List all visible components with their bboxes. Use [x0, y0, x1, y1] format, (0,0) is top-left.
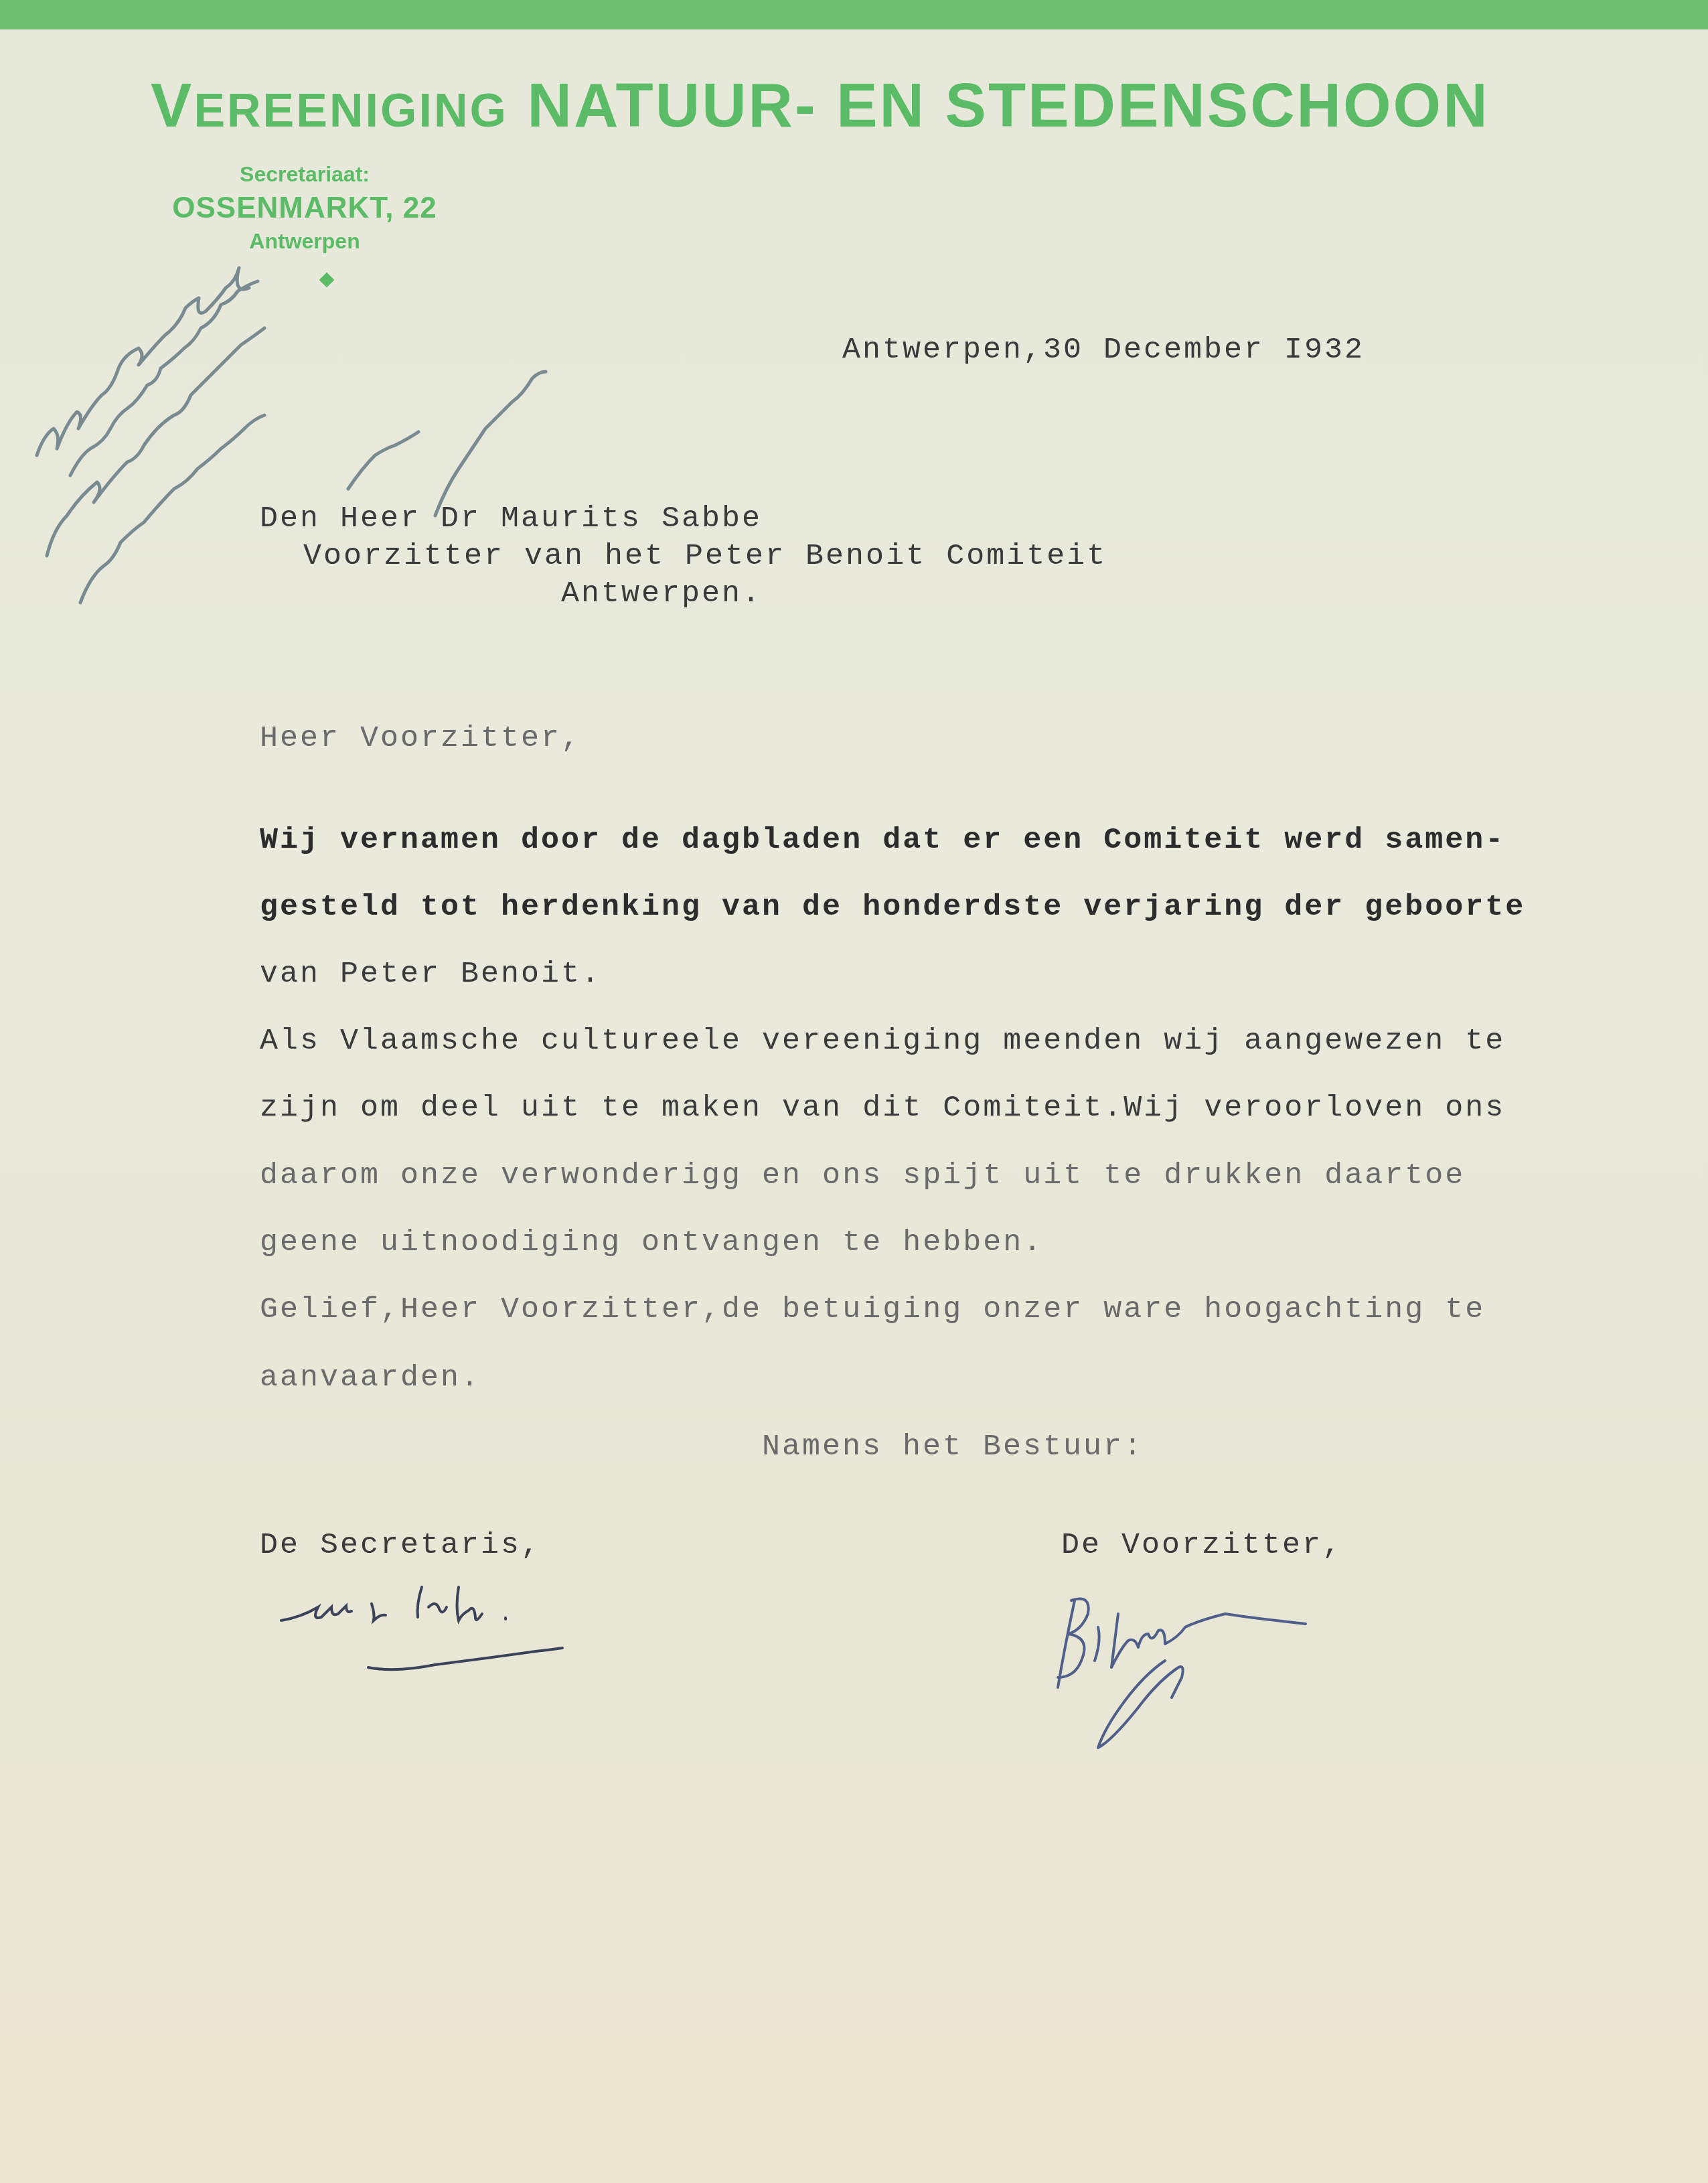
body-line: Als Vlaamsche cultureele vereeniging mee…: [260, 1026, 1505, 1056]
secretary-title: De Secretaris,: [260, 1530, 541, 1560]
recipient-name: Den Heer Dr Maurits Sabbe: [260, 504, 762, 534]
secretariat-street: OSSENMARKT, 22: [157, 189, 452, 228]
salutation: Heer Voorzitter,: [260, 723, 581, 753]
date-line: Antwerpen,30 December I932: [842, 335, 1365, 365]
body-line: geene uitnoodiging ontvangen te hebben.: [260, 1227, 1043, 1258]
title-initial: V: [151, 72, 193, 140]
letterhead-green-bar: [0, 0, 1708, 29]
chairman-signature: [1044, 1587, 1419, 1761]
secretary-signature: [275, 1560, 703, 1674]
chairman-title: De Voorzitter,: [1061, 1530, 1342, 1560]
recipient-title: Voorzitter van het Peter Benoit Comiteit: [303, 541, 1107, 571]
secretariat-label: Secretariaat:: [157, 159, 452, 189]
letterhead-title: VEREENIGING NATUUR- EN STEDENSCHOON: [151, 75, 1570, 137]
handwritten-annotation: [20, 254, 569, 629]
secretariat-city: Antwerpen: [157, 228, 452, 254]
body-line: Wij vernamen door de dagbladen dat er ee…: [260, 825, 1505, 855]
title-main: NATUUR- EN STEDENSCHOON: [527, 72, 1489, 140]
closing-line: Namens het Bestuur:: [762, 1432, 1144, 1462]
body-line: daarom onze verwonderigg en ons spijt ui…: [260, 1160, 1465, 1191]
body-line: van Peter Benoit.: [260, 959, 601, 989]
recipient-city: Antwerpen.: [561, 579, 762, 609]
secretariat-address: Secretariaat: OSSENMARKT, 22 Antwerpen: [157, 159, 452, 254]
title-smallcaps: EREENIGING: [193, 84, 508, 137]
body-line: Gelief,Heer Voorzitter,de betuiging onze…: [260, 1294, 1485, 1325]
body-line: aanvaarden.: [260, 1363, 481, 1393]
body-line: zijn om deel uit te maken van dit Comite…: [260, 1093, 1505, 1123]
body-line: gesteld tot herdenking van de honderdste…: [260, 892, 1525, 922]
